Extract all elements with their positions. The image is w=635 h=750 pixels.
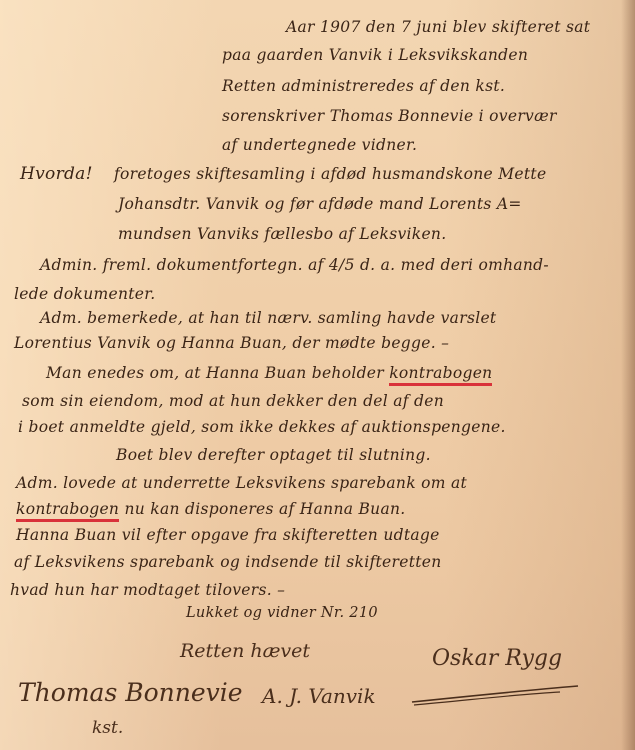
header-line-5: af undertegnede vidner. (222, 136, 417, 154)
body-p1-line-1: Admin. freml. dokumentfortegn. af 4/5 d.… (40, 256, 549, 274)
highlighted-word-kontrabogen-2: kontrabogen (16, 500, 119, 522)
judge-title-suffix: kst. (92, 718, 123, 738)
judge-signature: Thomas Bonnevie (18, 678, 243, 707)
body-p4-line-1: Boet blev derefter optaget til slutning. (116, 446, 431, 464)
court-adjourned-label: Retten hævet (180, 640, 310, 662)
body-p5-line-4: af Leksvikens sparebank og indsende til … (14, 553, 442, 571)
signature-flourish (410, 680, 580, 710)
document-page: Aar 1907 den 7 juni blev skifteret sat p… (0, 0, 635, 750)
body-p2-line-2: Lorentius Vanvik og Hanna Buan, der mødt… (14, 334, 449, 352)
case-line-1: foretoges skiftesamling i afdød husmands… (114, 165, 546, 183)
body-p3-line-1: Man enedes om, at Hanna Buan beholder ko… (46, 364, 492, 382)
case-line-2: Johansdtr. Vanvik og før afdøde mand Lor… (118, 195, 522, 213)
body-p5-line-1: Adm. lovede at underrette Leksvikens spa… (16, 474, 467, 492)
witness-1-signature: A. J. Vanvik (262, 684, 376, 708)
body-p2-line-1: Adm. bemerkede, at han til nærv. samling… (40, 309, 496, 327)
body-p1-line-2: lede dokumenter. (14, 285, 155, 303)
case-label: Hvorda! (20, 164, 93, 184)
body-p3-line-2: som sin eiendom, mod at hun dekker den d… (22, 392, 444, 410)
body-p3-text: Man enedes om, at Hanna Buan beholder (46, 364, 384, 382)
witness-2-signature: Oskar Rygg (432, 646, 562, 671)
body-p5-line-5: hvad hun har modtaget tilovers. – (10, 581, 285, 599)
highlighted-word-kontrabogen: kontrabogen (389, 364, 492, 386)
closing-line: Lukket og vidner Nr. 210 (186, 605, 378, 621)
page-edge-shadow (621, 0, 635, 750)
header-line-4: sorenskriver Thomas Bonnevie i overvær (222, 107, 557, 125)
header-line-1: Aar 1907 den 7 juni blev skifteret sat (286, 18, 590, 36)
case-line-3: mundsen Vanviks fællesbo af Leksviken. (118, 225, 446, 243)
body-p5-line-2: kontrabogen nu kan disponeres af Hanna B… (16, 500, 406, 518)
body-p5-text: nu kan disponeres af Hanna Buan. (124, 500, 405, 518)
header-line-2: paa gaarden Vanvik i Leksvikskanden (222, 46, 528, 64)
header-line-3: Retten administreredes af den kst. (222, 77, 505, 95)
body-p5-line-3: Hanna Buan vil efter opgave fra skiftere… (16, 526, 440, 544)
body-p3-line-3: i boet anmeldte gjeld, som ikke dekkes a… (18, 418, 506, 436)
